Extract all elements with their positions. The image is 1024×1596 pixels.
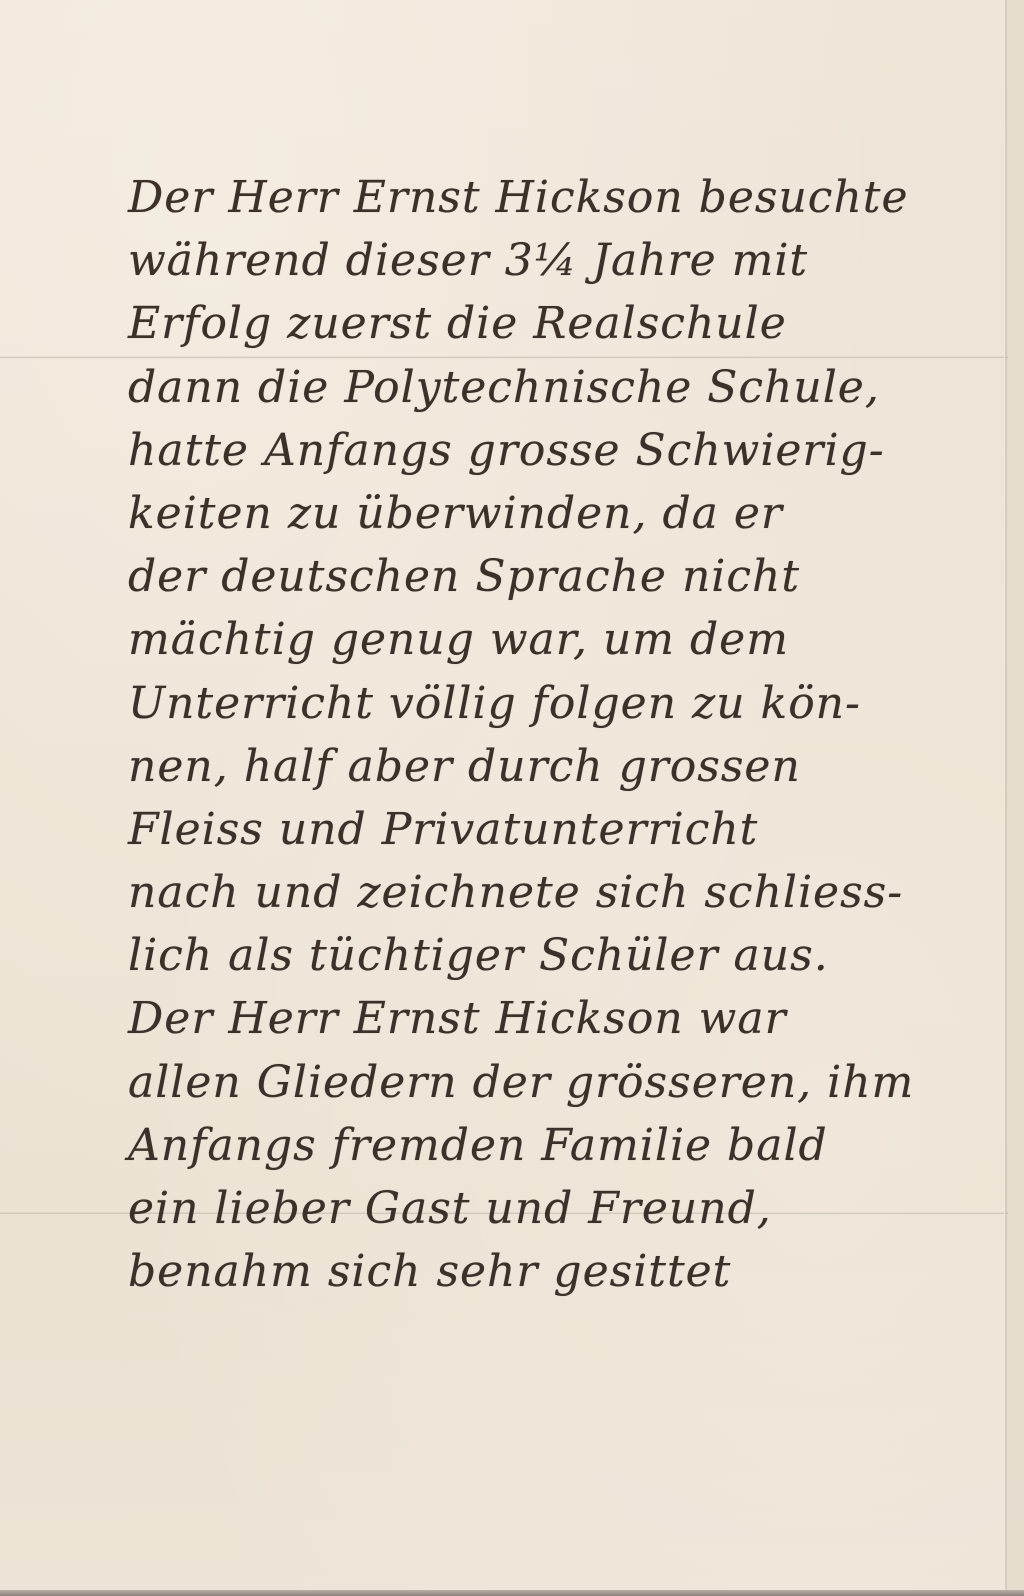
text-line: Fleiss und Privatunterricht <box>128 798 988 861</box>
paper-bottom-edge-shadow <box>0 1590 1024 1596</box>
text-line: Erfolg zuerst die Realschule <box>128 292 988 355</box>
text-line: Unterricht völlig folgen zu kön- <box>128 672 988 735</box>
text-line: nen, half aber durch grossen <box>128 735 988 798</box>
text-line: Anfangs fremden Familie bald <box>128 1114 988 1177</box>
text-line: der deutschen Sprache nicht <box>128 545 988 608</box>
paper-right-margin-strip <box>1008 0 1024 1596</box>
text-line: allen Gliedern der grösseren, ihm <box>128 1051 988 1114</box>
handwritten-text-block: Der Herr Ernst Hickson besuchte während … <box>128 166 988 1303</box>
text-line: Der Herr Ernst Hickson war <box>128 987 988 1050</box>
text-line: mächtig genug war, um dem <box>128 608 988 671</box>
text-line: keiten zu überwinden, da er <box>128 482 988 545</box>
text-line: benahm sich sehr gesittet <box>128 1240 988 1303</box>
text-line: hatte Anfangs grosse Schwierig- <box>128 419 988 482</box>
text-line: nach und zeichnete sich schliess- <box>128 861 988 924</box>
text-line: ein lieber Gast und Freund, <box>128 1177 988 1240</box>
text-line: lich als tüchtiger Schüler aus. <box>128 924 988 987</box>
text-line: Der Herr Ernst Hickson besuchte <box>128 166 988 229</box>
text-line: während dieser 3¼ Jahre mit <box>128 229 988 292</box>
text-line: dann die Polytechnische Schule, <box>128 356 988 419</box>
letter-page: Der Herr Ernst Hickson besuchte während … <box>0 0 1024 1596</box>
